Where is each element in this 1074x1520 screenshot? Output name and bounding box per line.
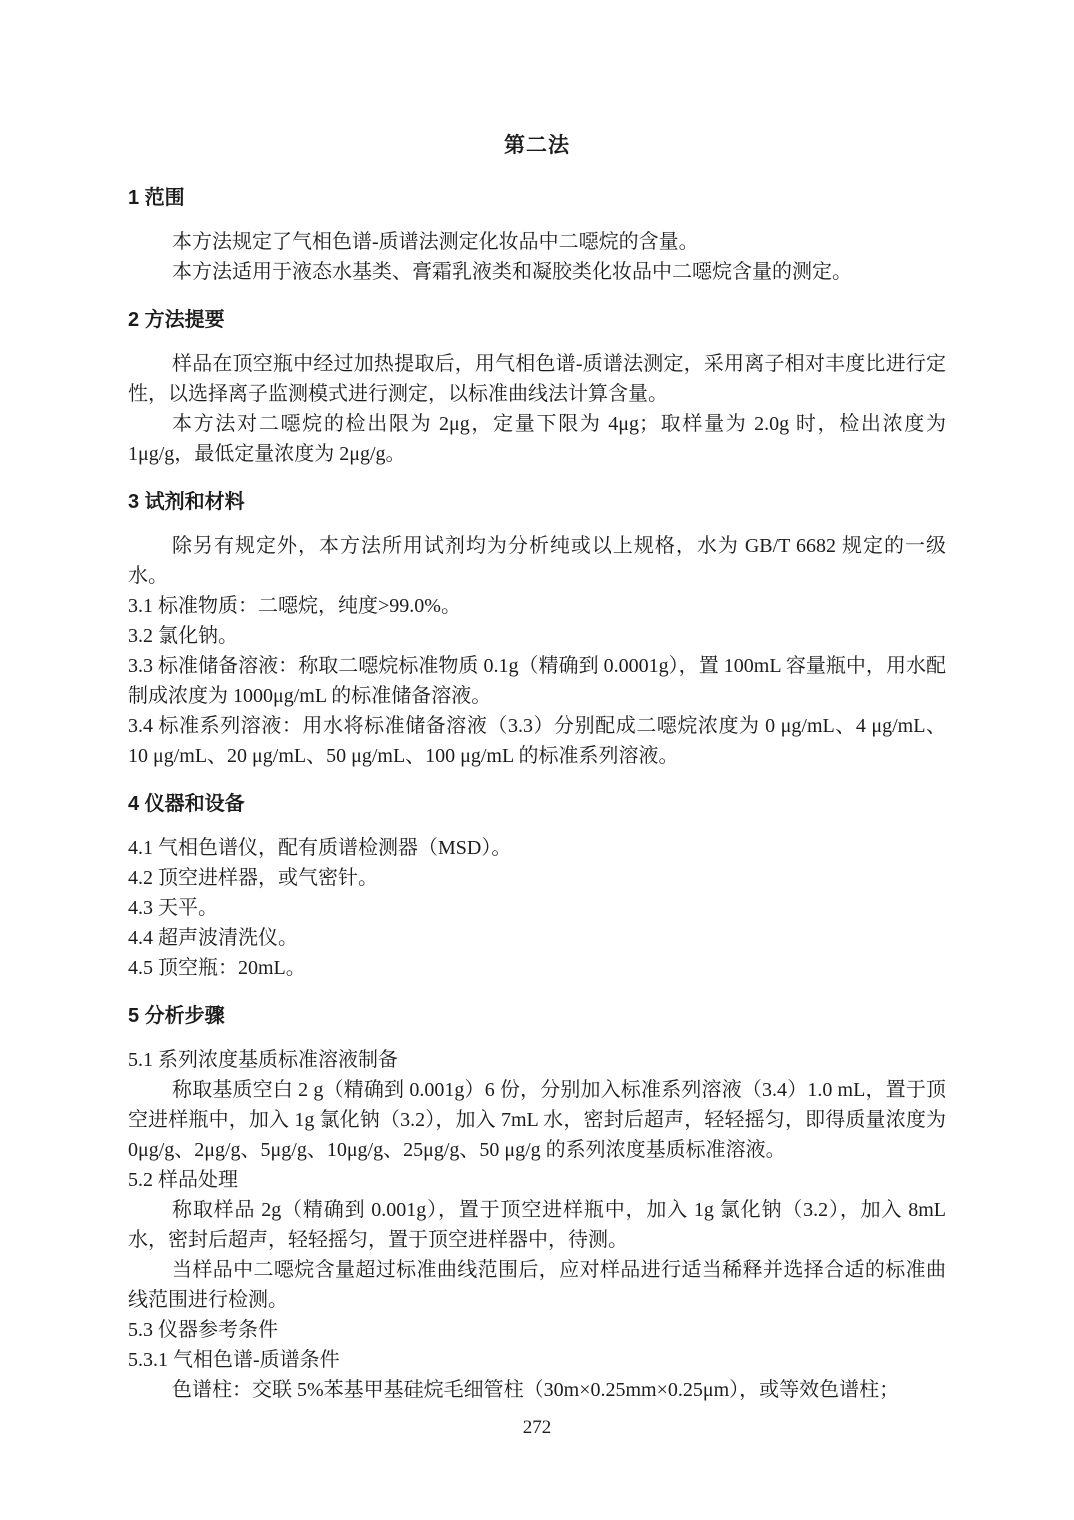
section-heading: 4 仪器和设备 bbox=[128, 789, 946, 819]
paragraph: 称取样品 2g（精确到 0.001g），置于顶空进样瓶中，加入 1g 氯化钠（3… bbox=[128, 1195, 946, 1255]
clause-3-3: 3.3 标准储备溶液：称取二噁烷标准物质 0.1g（精确到 0.0001g），置… bbox=[128, 651, 946, 711]
paragraph: 称取基质空白 2 g（精确到 0.001g）6 份，分别加入标准系列溶液（3.4… bbox=[128, 1075, 946, 1165]
paragraph: 样品在顶空瓶中经过加热提取后，用气相色谱-质谱法测定，采用离子相对丰度比进行定性… bbox=[128, 349, 946, 409]
document-page: 第二法 1 范围 本方法规定了气相色谱-质谱法测定化妆品中二噁烷的含量。 本方法… bbox=[0, 0, 1074, 1520]
section-instruments-equipment: 4 仪器和设备 4.1 气相色谱仪，配有质谱检测器（MSD）。 4.2 顶空进样… bbox=[128, 789, 946, 983]
clause-5-1: 5.1 系列浓度基质标准溶液制备 bbox=[128, 1045, 946, 1075]
paragraph: 色谱柱：交联 5%苯基甲基硅烷毛细管柱（30m×0.25mm×0.25μm），或… bbox=[128, 1375, 946, 1405]
clause-4-3: 4.3 天平。 bbox=[128, 893, 946, 923]
clause-4-1: 4.1 气相色谱仪，配有质谱检测器（MSD）。 bbox=[128, 833, 946, 863]
section-heading: 5 分析步骤 bbox=[128, 1001, 946, 1031]
section-reagents-materials: 3 试剂和材料 除另有规定外，本方法所用试剂均为分析纯或以上规格，水为 GB/T… bbox=[128, 487, 946, 771]
section-analysis-procedure: 5 分析步骤 5.1 系列浓度基质标准溶液制备 称取基质空白 2 g（精确到 0… bbox=[128, 1001, 946, 1405]
paragraph: 本方法规定了气相色谱-质谱法测定化妆品中二噁烷的含量。 bbox=[128, 227, 946, 257]
page-number: 272 bbox=[0, 1416, 1074, 1440]
section-heading: 2 方法提要 bbox=[128, 305, 946, 335]
section-scope: 1 范围 本方法规定了气相色谱-质谱法测定化妆品中二噁烷的含量。 本方法适用于液… bbox=[128, 183, 946, 287]
paragraph: 除另有规定外，本方法所用试剂均为分析纯或以上规格，水为 GB/T 6682 规定… bbox=[128, 531, 946, 591]
section-heading: 1 范围 bbox=[128, 183, 946, 213]
clause-5-3-1: 5.3.1 气相色谱-质谱条件 bbox=[128, 1345, 946, 1375]
paragraph: 当样品中二噁烷含量超过标准曲线范围后，应对样品进行适当稀释并选择合适的标准曲线范… bbox=[128, 1255, 946, 1315]
clause-3-4: 3.4 标准系列溶液：用水将标准储备溶液（3.3）分别配成二噁烷浓度为 0 μg… bbox=[128, 711, 946, 771]
clause-4-5: 4.5 顶空瓶：20mL。 bbox=[128, 953, 946, 983]
clause-3-2: 3.2 氯化钠。 bbox=[128, 621, 946, 651]
clause-5-2: 5.2 样品处理 bbox=[128, 1165, 946, 1195]
section-method-summary: 2 方法提要 样品在顶空瓶中经过加热提取后，用气相色谱-质谱法测定，采用离子相对… bbox=[128, 305, 946, 469]
paragraph: 本方法适用于液态水基类、膏霜乳液类和凝胶类化妆品中二噁烷含量的测定。 bbox=[128, 257, 946, 287]
section-heading: 3 试剂和材料 bbox=[128, 487, 946, 517]
document-title: 第二法 bbox=[128, 131, 946, 161]
paragraph: 本方法对二噁烷的检出限为 2μg，定量下限为 4μg；取样量为 2.0g 时，检… bbox=[128, 409, 946, 469]
clause-3-1: 3.1 标准物质：二噁烷，纯度>99.0%。 bbox=[128, 591, 946, 621]
clause-4-4: 4.4 超声波清洗仪。 bbox=[128, 923, 946, 953]
clause-5-3: 5.3 仪器参考条件 bbox=[128, 1315, 946, 1345]
clause-4-2: 4.2 顶空进样器，或气密针。 bbox=[128, 863, 946, 893]
document-content: 第二法 1 范围 本方法规定了气相色谱-质谱法测定化妆品中二噁烷的含量。 本方法… bbox=[128, 131, 946, 1405]
